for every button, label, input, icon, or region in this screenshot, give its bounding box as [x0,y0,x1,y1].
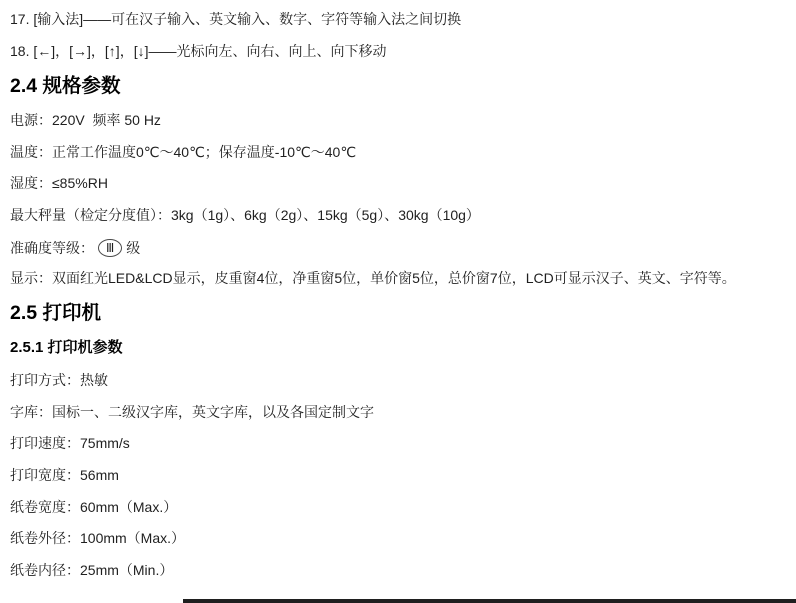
spec-line-temperature: 温度：正常工作温度0℃～40℃；保存温度-10℃～40℃ [10,143,786,162]
spec-line-power: 电源：220V 频率 50 Hz [10,111,786,130]
spec-line-humidity: 湿度：≤85%RH [10,174,786,193]
spec-line-accuracy-class: 准确度等级：Ⅲ级 [10,238,786,258]
spec-line-paper-roll-outer-diameter: 纸卷外径：100mm（Max.） [10,529,786,548]
spec-line-print-width: 打印宽度：56mm [10,466,786,485]
spec-line-paper-roll-width: 纸卷宽度：60mm（Max.） [10,498,786,517]
section-heading-2-4-specifications: 2.4 规格参数 [10,73,786,99]
oiml-class-iii-oval-symbol: Ⅲ [98,239,122,257]
document-page: 17. [输入法]——可在汉子输入、英文输入、数字、字符等输入法之间切换 18.… [0,0,796,603]
section-heading-2-5-printer: 2.5 打印机 [10,300,786,326]
accuracy-class-label: 准确度等级： [10,240,94,256]
spec-line-print-speed: 打印速度：75mm/s [10,434,786,453]
spec-line-paper-roll-inner-diameter: 纸卷内径：25mm（Min.） [10,561,786,580]
spec-line-display: 显示：双面红光LED&LCD显示，皮重窗4位，净重窗5位，单价窗5位，总价窗7位… [10,269,786,288]
spec-line-font-library: 字库：国标一、二级汉字库，英文字库，以及各国定制文字 [10,403,786,422]
spec-line-max-capacity: 最大秤量（检定分度值）：3kg（1g）、6kg（2g）、15kg（5g）、30k… [10,206,786,225]
list-item-17-input-method: 17. [输入法]——可在汉子输入、英文输入、数字、字符等输入法之间切换 [10,10,786,29]
list-item-18-arrow-keys: 18. [←]，[→]，[↑]，[↓]——光标向左、向右、向上、向下移动 [10,42,786,61]
bottom-dark-bar [183,599,796,603]
spec-line-print-method: 打印方式：热敏 [10,371,786,390]
accuracy-class-suffix: 级 [126,240,140,256]
subsection-heading-2-5-1-printer-params: 2.5.1 打印机参数 [10,338,786,357]
